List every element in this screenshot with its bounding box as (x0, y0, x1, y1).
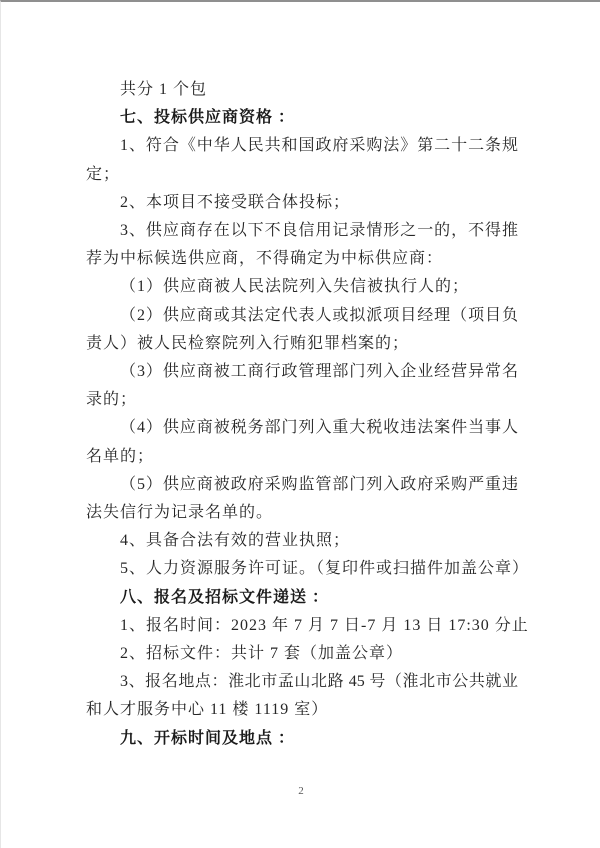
document-page: 共分 1 个包 七、投标供应商资格 ： 1、符合《中华人民共和国政府采购法》第二… (0, 0, 600, 848)
text-line: 和人才服务中心 11 楼 1119 室） (86, 696, 518, 724)
section-heading-registration: 八、报名及招标文件递送 ： (86, 584, 518, 612)
text-line-bid-documents: 2、招标文件：共计 7 套（加盖公章） (86, 640, 518, 668)
text-line-item-5: （5）供应商被政府采购监管部门列入政府采购严重违 (86, 471, 518, 499)
text-line: 5、人力资源服务许可证。（复印件或扫描件加盖公章） (86, 555, 518, 583)
text-line-registration-time: 1、报名时间：2023 年 7 月 7 日-7 月 13 日 17:30 分止 (86, 612, 518, 640)
text-line-item-3: （3）供应商被工商行政管理部门列入企业经营异常名 (86, 358, 518, 386)
text-line: 1、符合《中华人民共和国政府采购法》第二十二条规 (86, 132, 518, 160)
text-line: 4、具备合法有效的营业执照； (86, 527, 518, 555)
text-line-packages: 共分 1 个包 (86, 76, 518, 104)
text-line: 录的； (86, 386, 518, 414)
text-line-item-2: （2）供应商或其法定代表人或拟派项目经理（项目负 (86, 302, 518, 330)
text-line-item-4: （4）供应商被税务部门列入重大税收违法案件当事人 (86, 414, 518, 442)
document-body: 共分 1 个包 七、投标供应商资格 ： 1、符合《中华人民共和国政府采购法》第二… (86, 76, 518, 753)
text-line-registration-place: 3、报名地点：淮北市孟山北路 45 号（淮北市公共就业 (86, 668, 518, 696)
text-line-item-1: （1）供应商被人民法院列入失信被执行人的； (86, 273, 518, 301)
text-line: 荐为中标候选供应商，不得确定为中标供应商： (86, 245, 518, 273)
text-line: 2、本项目不接受联合体投标； (86, 189, 518, 217)
text-line: 法失信行为记录名单的。 (86, 499, 518, 527)
text-line: 名单的； (86, 443, 518, 471)
text-line: 定； (86, 161, 518, 189)
section-heading-qualifications: 七、投标供应商资格 ： (86, 104, 518, 132)
section-heading-bid-opening: 九、开标时间及地点 ： (86, 725, 518, 753)
page-number: 2 (1, 785, 600, 797)
text-line: 3、供应商存在以下不良信用记录情形之一的，不得推 (86, 217, 518, 245)
text-line: 责人）被人民检察院列入行贿犯罪档案的； (86, 330, 518, 358)
